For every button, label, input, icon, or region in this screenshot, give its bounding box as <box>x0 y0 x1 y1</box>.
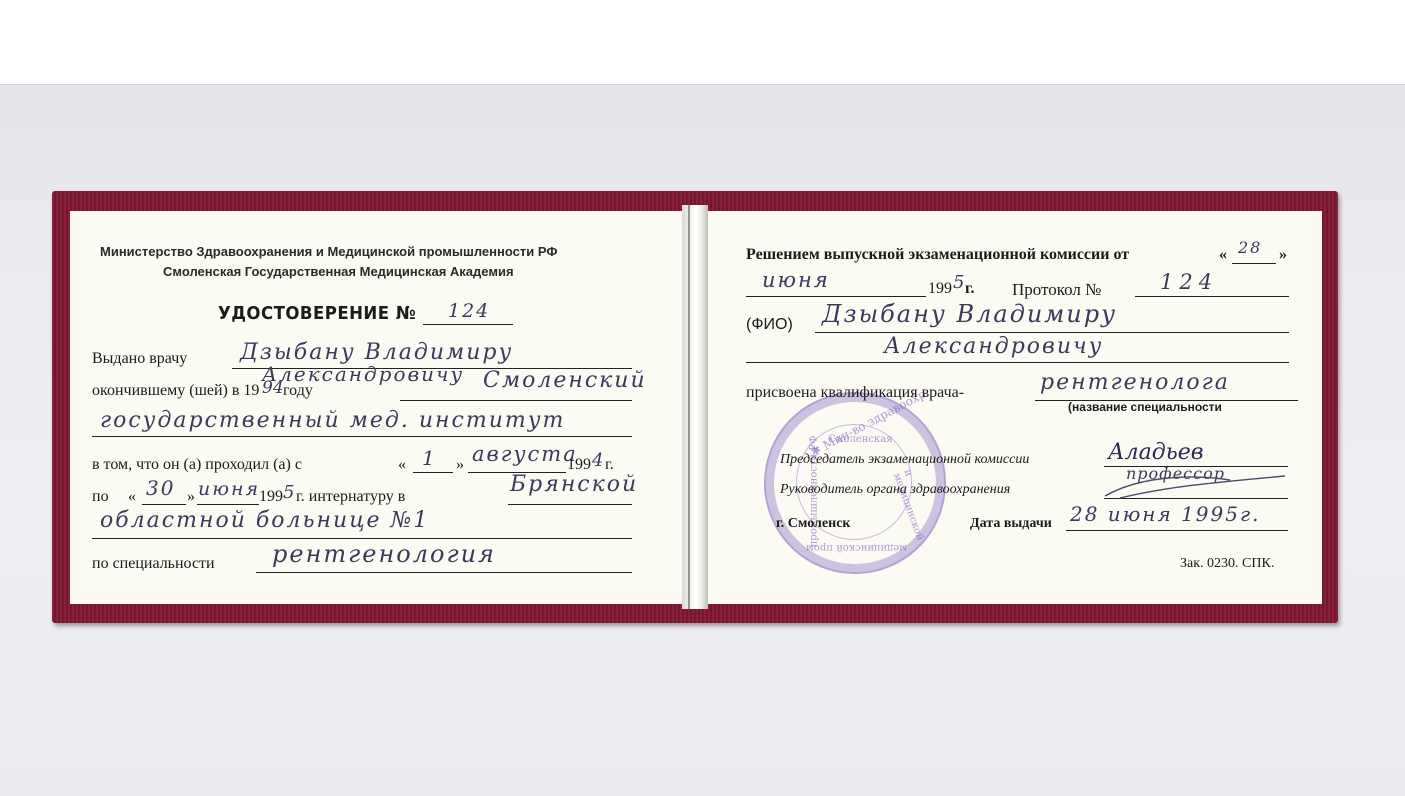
period-to-year-hand: 5 <box>283 482 294 503</box>
chairman-signature: Аладьев <box>1108 440 1204 465</box>
protocol-number: 124 <box>1160 270 1218 294</box>
issue-date-label: Дата выдачи <box>970 516 1052 532</box>
issued-label: Выдано врачу <box>92 350 187 368</box>
fio-line1: Дзыбану Владимиру <box>822 300 1117 328</box>
protocol-label: Протокол № <box>1012 280 1101 300</box>
chairman-label: Председатель экзаменационной комиссии <box>780 452 1029 468</box>
period-from-month: августа <box>472 442 578 466</box>
internship-place-line1: Брянской <box>510 472 638 497</box>
period-to-year-print: 199 <box>259 488 283 506</box>
qualification-hint: (название специальности <box>1068 400 1222 414</box>
period-label: в том, что он (а) проходил (а) с <box>92 456 302 474</box>
decision-label: Решением выпускной экзаменационной комис… <box>746 246 1129 264</box>
period-to-day: 30 <box>146 476 175 500</box>
institution-line1: Смоленский <box>483 368 647 393</box>
internship-place-line2: областной больнице №1 <box>100 508 429 533</box>
decision-year-suffix: г. <box>965 280 974 298</box>
decision-month: июня <box>762 268 830 292</box>
decision-day: 28 <box>1238 238 1262 257</box>
city: г. Смоленск <box>776 516 850 532</box>
print-order: Зак. 0230. СПК. <box>1180 556 1274 572</box>
qualification-label: присвоена квалификация врача- <box>746 384 964 402</box>
institution-line2: государственный мед. институт <box>100 408 565 433</box>
specialty-value: рентгенология <box>272 540 496 568</box>
period-from-year-hand: 4 <box>592 450 603 471</box>
qualification-value: рентгенолога <box>1040 370 1230 395</box>
ministry-header: Министерство Здравоохранения и Медицинск… <box>100 244 557 259</box>
decision-year-hand: 5 <box>953 272 964 293</box>
issue-date-value: 28 июня 1995г. <box>1070 502 1260 526</box>
period-to-label: по <box>92 488 109 506</box>
certificate-title: УДОСТОВЕРЕНИЕ № <box>218 303 416 324</box>
head-label: Руководитель органа здравоохранения <box>780 482 1010 498</box>
certificate-number: 124 <box>448 300 490 322</box>
head-signature <box>1100 472 1290 502</box>
decision-year-print: 199 <box>928 280 952 298</box>
specialty-label: по специальности <box>92 555 215 573</box>
internship-label: г. интернатуру в <box>296 488 405 506</box>
graduated-label: окончившему (шей) в 19 <box>92 382 259 400</box>
graduated-year-suffix: году <box>283 382 313 400</box>
quote-close: » <box>456 456 464 474</box>
period-from-day: 1 <box>422 446 437 470</box>
certificate-spine <box>682 205 708 609</box>
period-to-month: июня <box>198 478 260 500</box>
quote-open: « <box>398 456 406 474</box>
fio-label: (ФИО) <box>746 316 793 334</box>
graduated-year: 94 <box>262 378 284 398</box>
fio-line2: Александровичу <box>884 334 1103 359</box>
academy-header: Смоленская Государственная Медицинская А… <box>163 264 514 279</box>
